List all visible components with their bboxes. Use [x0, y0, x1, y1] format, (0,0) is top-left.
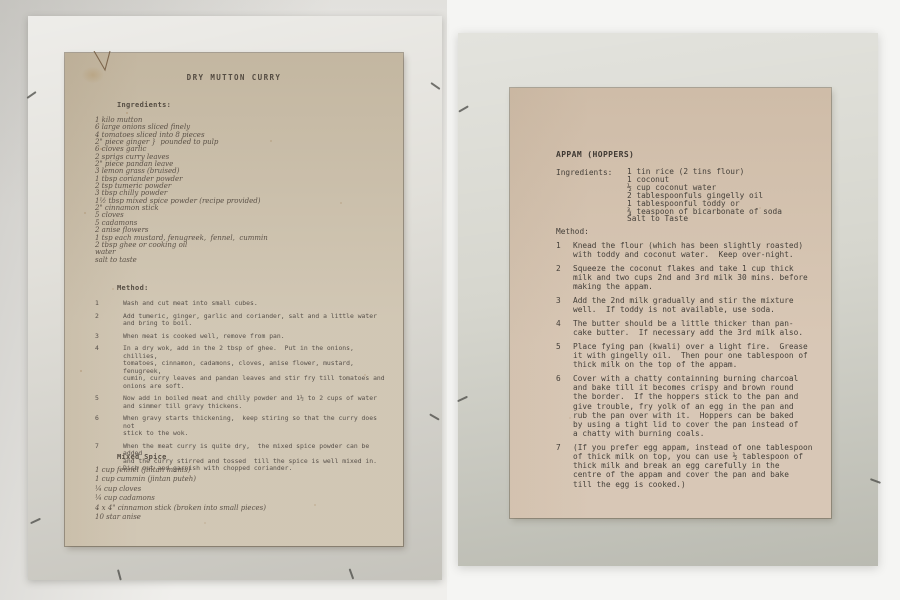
- step-number: 7: [556, 443, 573, 489]
- step-text: Add tumeric, ginger, garlic and coriande…: [123, 313, 377, 328]
- step-number: 4: [556, 319, 573, 337]
- staple-mark: [117, 569, 122, 580]
- step-text: (If you prefer egg appam, instead of one…: [573, 443, 812, 489]
- step-number: 5: [556, 342, 573, 370]
- method-step: 7 (If you prefer egg appam, instead of o…: [556, 443, 821, 489]
- method-step: 2 Squeeze the coconut flakes and take 1 …: [556, 264, 821, 292]
- ingredient-list: 1 tin rice (2 tins flour) 1 coconut ½ cu…: [627, 168, 782, 223]
- method-step: 4 The butter should be a little thicker …: [556, 319, 821, 337]
- step-text: Wash and cut meat into small cubes.: [123, 300, 258, 308]
- step-number: 5: [95, 395, 123, 410]
- method-heading: Method:: [556, 227, 589, 236]
- staple-mark: [430, 82, 440, 90]
- method-step: 1 Wash and cut meat into small cubes.: [95, 300, 385, 308]
- method-steps: 1 Knead the flour (which has been slight…: [556, 241, 821, 493]
- staple-mark: [458, 105, 468, 112]
- step-number: 6: [95, 415, 123, 438]
- step-number: 6: [556, 374, 573, 438]
- step-number: 4: [95, 345, 123, 390]
- staple-mark: [26, 91, 36, 99]
- method-step: 3 Add the 2nd milk gradually and stir th…: [556, 296, 821, 314]
- step-text: When meat is cooked well, remove from pa…: [123, 333, 285, 341]
- step-text: In a dry wok, add in the 2 tbsp of ghee.…: [123, 345, 385, 390]
- mixed-spice-heading: Mixed Spice: [117, 453, 167, 461]
- method-step: 2 Add tumeric, ginger, garlic and corian…: [95, 313, 385, 328]
- step-number: 2: [556, 264, 573, 292]
- mixed-spice-list: 1 cup fennel (jintan manis) 1 cup cummin…: [95, 466, 266, 522]
- method-step: 4 In a dry wok, add in the 2 tbsp of ghe…: [95, 345, 385, 390]
- recipe-title: APPAM (HOPPERS): [556, 150, 634, 159]
- step-text: Now add in boiled meat and chilly powder…: [123, 395, 377, 410]
- left-recipe-page: DRY MUTTON CURRY Ingredients: 1 kilo mut…: [65, 53, 403, 546]
- step-number: 2: [95, 313, 123, 328]
- method-step: 6 Cover with a chatty containning burnin…: [556, 374, 821, 438]
- step-number: 1: [95, 300, 123, 308]
- step-text: Squeeze the coconut flakes and take 1 cu…: [573, 264, 808, 292]
- staple-mark: [457, 396, 468, 402]
- step-text: Cover with a chatty containning burning …: [573, 374, 798, 438]
- method-step: 3 When meat is cooked well, remove from …: [95, 333, 385, 341]
- left-frame-mat: DRY MUTTON CURRY Ingredients: 1 kilo mut…: [28, 16, 442, 580]
- method-steps: 1 Wash and cut meat into small cubes. 2 …: [95, 300, 385, 478]
- step-text: Add the 2nd milk gradually and stir the …: [573, 296, 794, 314]
- method-step: 5 Place fying pan (kwali) over a light f…: [556, 342, 821, 370]
- right-recipe-page: APPAM (HOPPERS) Ingredients: 1 tin rice …: [510, 88, 831, 518]
- step-number: 3: [95, 333, 123, 341]
- ingredients-heading: Ingredients:: [117, 101, 171, 109]
- recipe-title: DRY MUTTON CURRY: [65, 73, 403, 82]
- hanging-wire-mark: [90, 51, 120, 73]
- staple-mark: [349, 568, 354, 579]
- ingredient-list: 1 kilo mutton 6 large onions sliced fine…: [95, 117, 268, 264]
- step-text: Knead the flour (which has been slightly…: [573, 241, 803, 259]
- staple-mark: [30, 518, 41, 524]
- right-frame-mat: APPAM (HOPPERS) Ingredients: 1 tin rice …: [458, 33, 878, 566]
- method-step: 5 Now add in boiled meat and chilly powd…: [95, 395, 385, 410]
- step-number: 3: [556, 296, 573, 314]
- step-text: Place fying pan (kwali) over a light fir…: [573, 342, 808, 370]
- staple-mark: [870, 478, 881, 483]
- method-step: 6 When gravy starts thickening, keep sti…: [95, 415, 385, 438]
- ingredients-block: Ingredients: 1 tin rice (2 tins flour) 1…: [556, 168, 782, 223]
- step-text: When gravy starts thickening, keep stiri…: [123, 415, 385, 438]
- staple-mark: [429, 413, 439, 420]
- framed-recipes-photo: DRY MUTTON CURRY Ingredients: 1 kilo mut…: [0, 0, 900, 600]
- ingredients-label: Ingredients:: [556, 168, 627, 223]
- method-step: 1 Knead the flour (which has been slight…: [556, 241, 821, 259]
- step-number: 1: [556, 241, 573, 259]
- step-text: The butter should be a little thicker th…: [573, 319, 803, 337]
- method-heading: Method:: [117, 284, 149, 292]
